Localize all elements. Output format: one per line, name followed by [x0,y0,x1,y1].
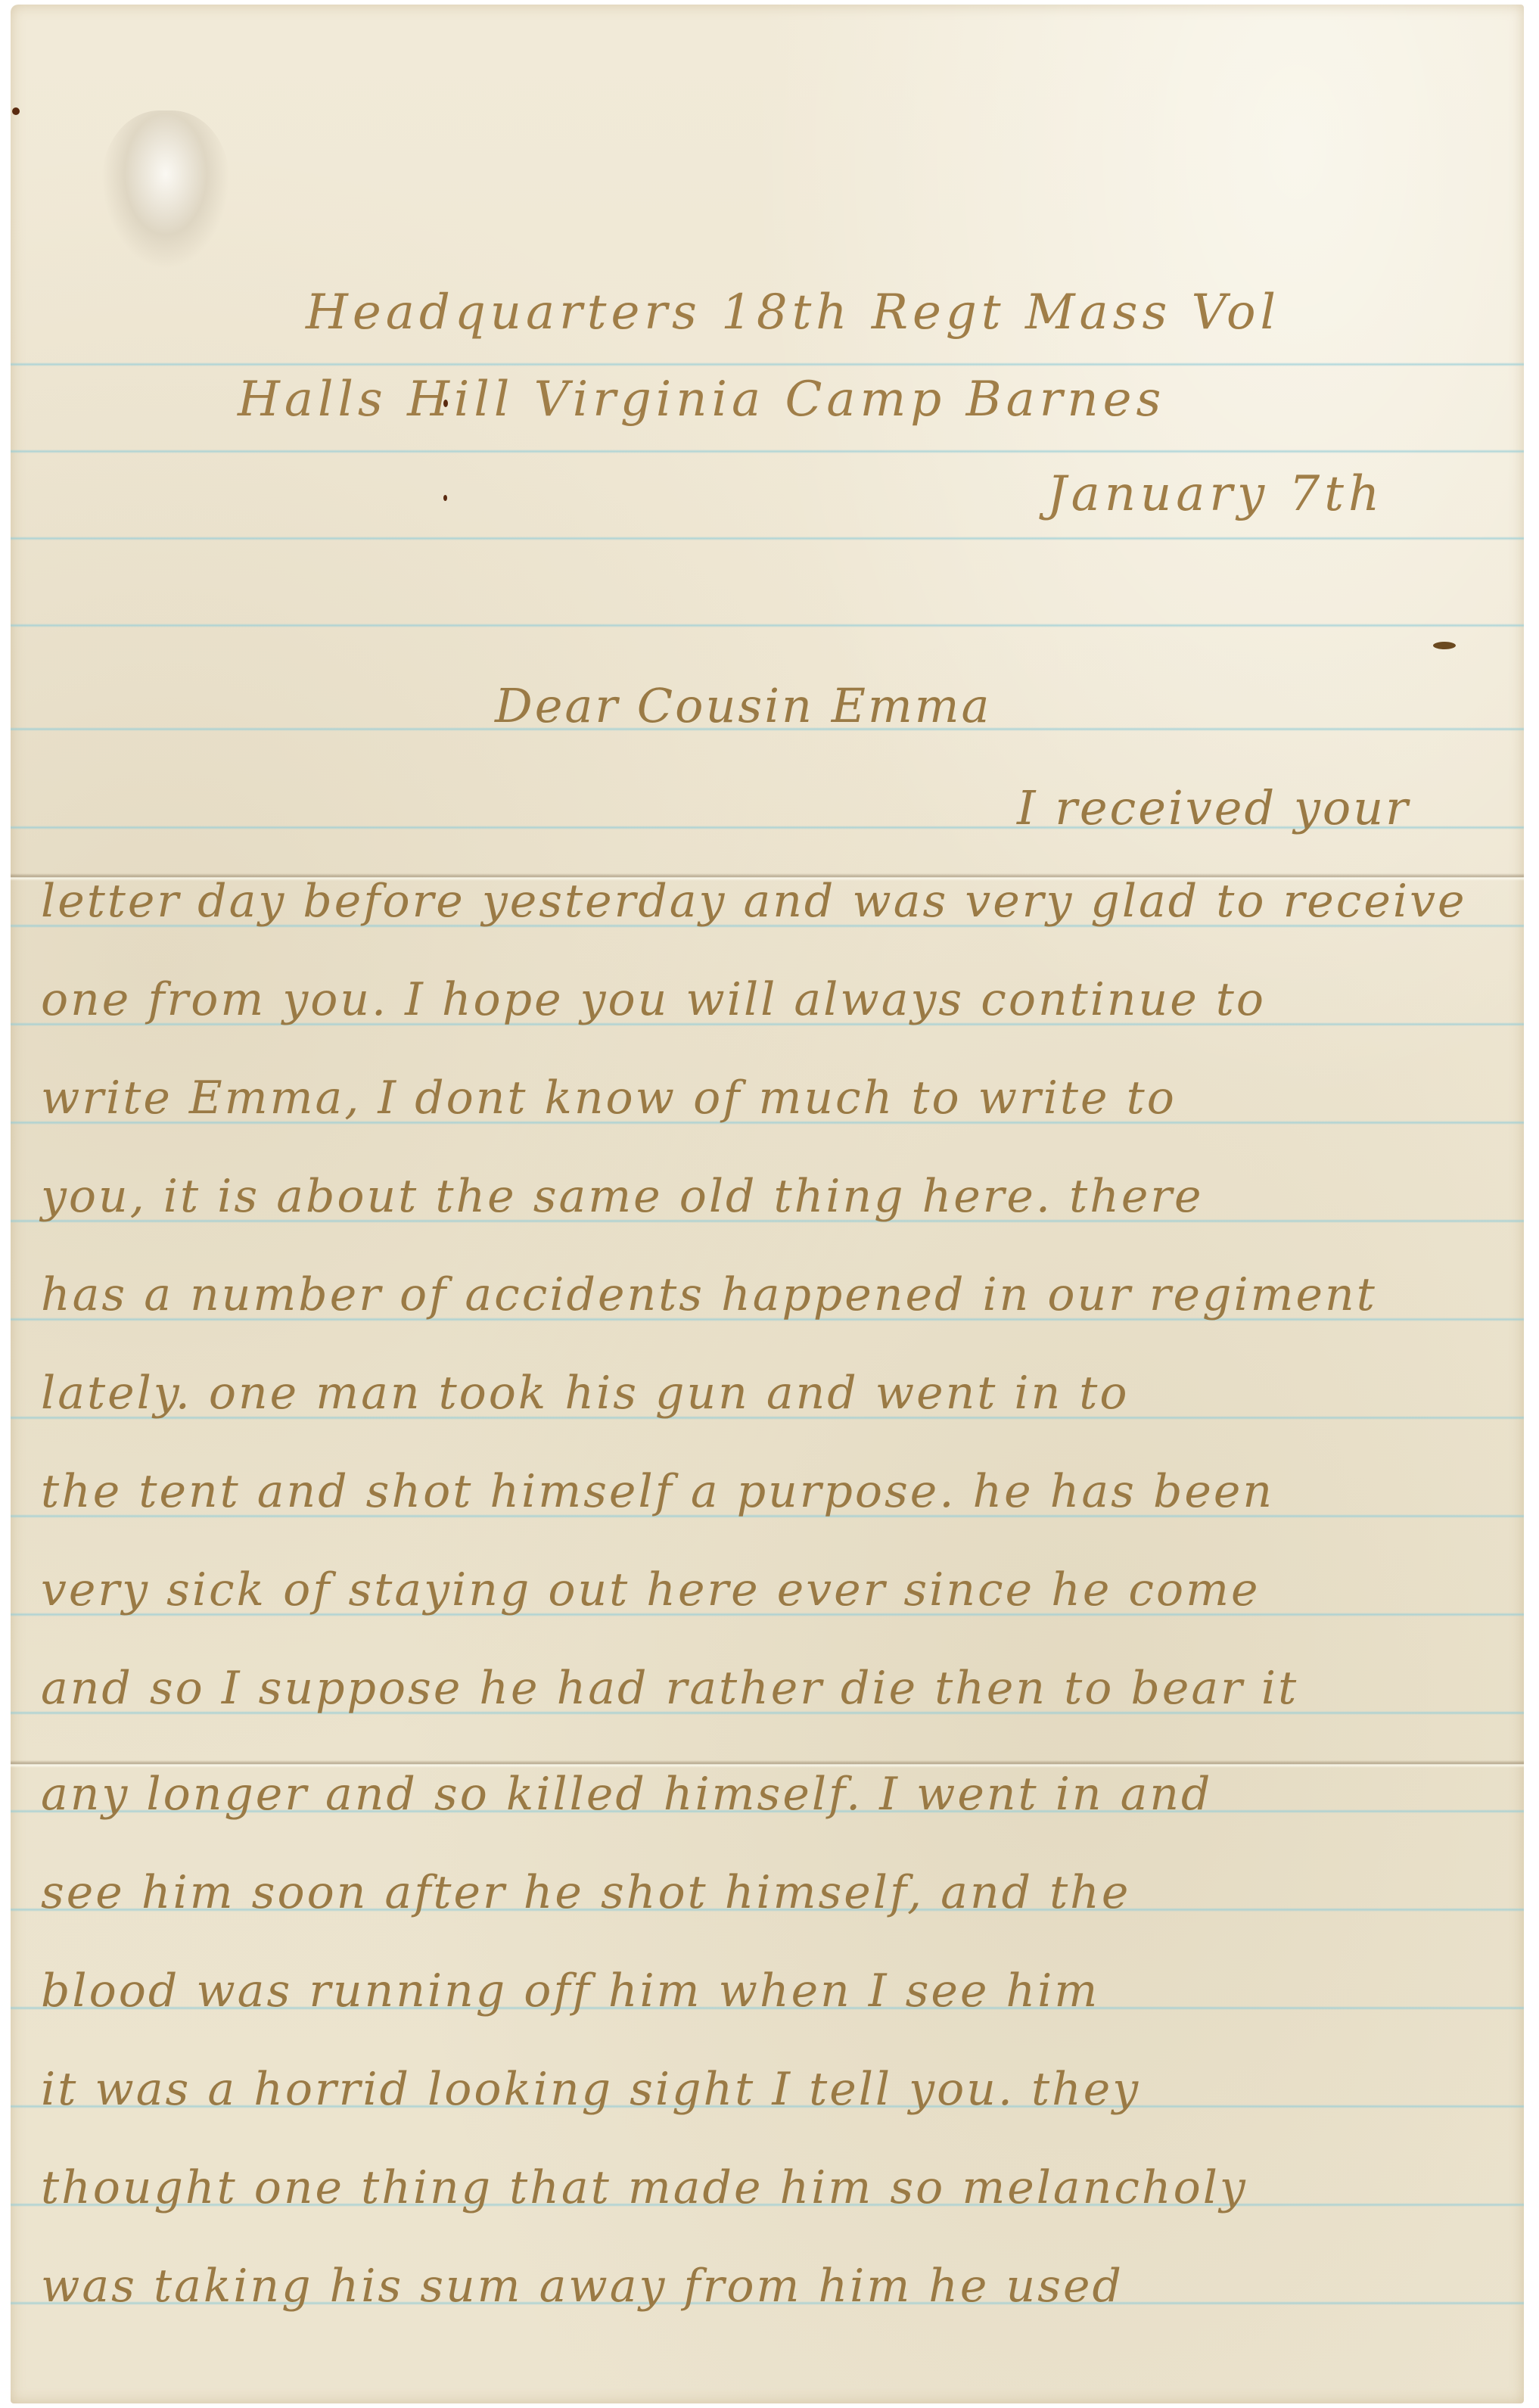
header-line-1: Headquarters 18th Regt Mass Vol [306,285,1280,341]
ink-spot [12,107,20,115]
stain-spot [1433,642,1456,649]
ruled-line [11,450,1524,453]
body-line: write Emma, I dont know of much to write… [41,1072,1177,1125]
salutation: Dear Cousin Emma [495,678,992,733]
body-line: one from you. I hope you will always con… [41,973,1266,1026]
body-line: you, it is about the same old thing here… [41,1170,1204,1223]
ruled-line [11,537,1524,540]
body-line: blood was running off him when I see him [41,1965,1099,2018]
ink-spot [443,495,447,501]
body-line: lately. one man took his gun and went in… [41,1367,1130,1420]
body-line: see him soon after he shot himself, and … [41,1866,1130,1919]
header-line-2: Halls Hill Virginia Camp Barnes [238,372,1165,428]
ruled-line [11,362,1524,366]
body-line: was taking his sum away from him he used [41,2260,1124,2313]
body-line: it was a horrid looking sight I tell you… [41,2063,1140,2116]
body-line: the tent and shot himself a purpose. he … [41,1465,1274,1518]
opening-line: I received your [1017,780,1410,835]
letter-page: Headquarters 18th Regt Mass Vol Halls Hi… [11,5,1524,2403]
body-line: thought one thing that made him so melan… [41,2161,1248,2214]
body-line: has a number of accidents happened in ou… [41,1268,1377,1321]
embossed-stamp [101,110,230,269]
body-line: letter day before yesterday and was very… [41,875,1466,928]
body-line: any longer and so killed himself. I went… [41,1768,1212,1821]
body-line: and so I suppose he had rather die then … [41,1662,1298,1715]
fold-crease [11,1760,1524,1768]
body-line: very sick of staying out here ever since… [41,1563,1261,1616]
header-date: January 7th [1047,466,1384,522]
ruled-line [11,624,1524,627]
